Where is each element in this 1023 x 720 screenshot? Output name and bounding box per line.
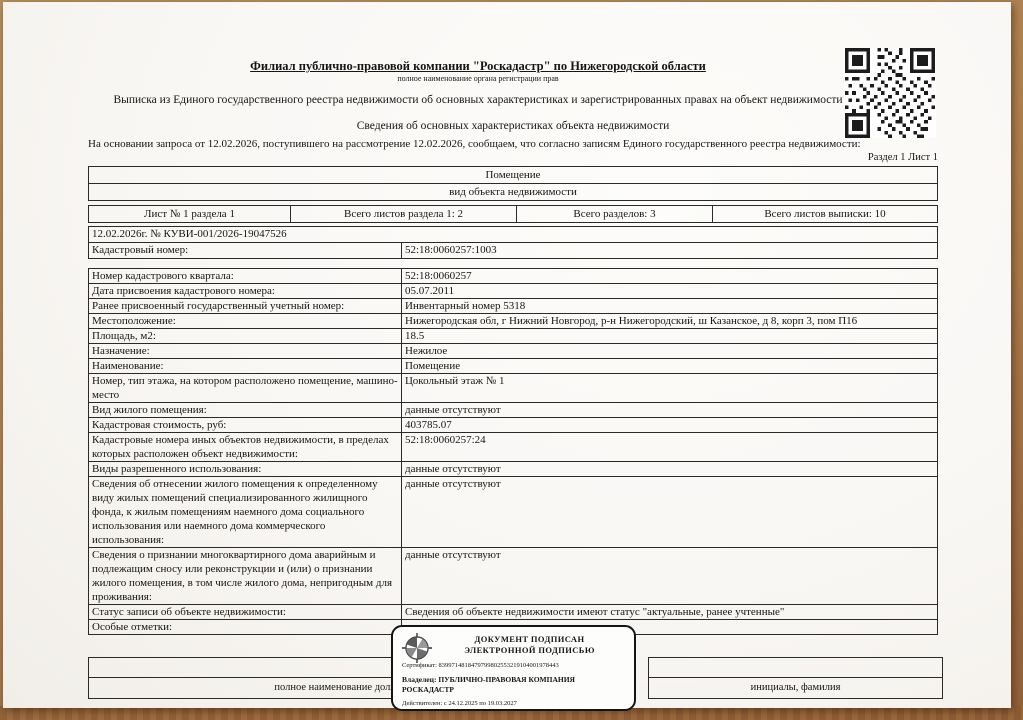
sheets-table: Лист № 1 раздела 1 Всего листов раздела … (88, 205, 938, 223)
total-sections-cell: Всего разделов: 3 (517, 206, 713, 223)
row-label: Сведения о признании многоквартирного до… (89, 548, 402, 605)
table-row: Назначение:Нежилое (89, 344, 938, 359)
characteristics-table: Номер кадастрового квартала:52:18:006025… (88, 268, 938, 635)
table-row: Сведения о признании многоквартирного до… (89, 548, 938, 605)
signature-area: полное наименование должности инициалы, … (88, 657, 938, 720)
row-value: Инвентарный номер 5318 (402, 299, 938, 314)
stamp-validity: Действителен: с 24.12.2025 по 19.03.2027 (402, 699, 625, 708)
table-row: Номер, тип этажа, на котором расположено… (89, 374, 938, 403)
roskadastr-logo-icon (402, 633, 432, 663)
row-label: Статус записи об объекте недвижимости: (89, 605, 402, 620)
table-row: Кадастровые номера иных объектов недвижи… (89, 433, 938, 462)
table-row: Площадь, м2:18.5 (89, 329, 938, 344)
row-label: Дата присвоения кадастрового номера: (89, 284, 402, 299)
row-label: Ранее присвоенный государственный учетны… (89, 299, 402, 314)
qr-code (844, 48, 936, 138)
section-sheets-cell: Всего листов раздела 1: 2 (291, 206, 517, 223)
table-row: Местоположение:Нижегородская обл, г Нижн… (89, 314, 938, 329)
table-row: Виды разрешенного использования:данные о… (89, 462, 938, 477)
row-label: Наименование: (89, 359, 402, 374)
org-title: Филиал публично-правовой компании "Роска… (88, 59, 868, 74)
row-value: Цокольный этаж № 1 (402, 374, 938, 403)
stamp-title-line2: ЭЛЕКТРОННОЙ ПОДПИСЬЮ (434, 645, 625, 656)
basis-line: На основании запроса от 12.02.2026, пост… (88, 138, 938, 151)
table-row: Вид жилого помещения:данные отсутствуют (89, 403, 938, 418)
table-row: Номер кадастрового квартала:52:18:006025… (89, 269, 938, 284)
row-label: Виды разрешенного использования: (89, 462, 402, 477)
row-value: Нежилое (402, 344, 938, 359)
qr-code-graphic (844, 48, 936, 138)
section-title: Сведения об основных характеристиках объ… (88, 120, 938, 133)
stamp-owner: Владелец: ПУБЛИЧНО-ПРАВОВАЯ КОМПАНИЯ РОС… (402, 675, 580, 694)
row-value: данные отсутствуют (402, 403, 938, 418)
section-sheet-label: Раздел 1 Лист 1 (88, 152, 938, 164)
row-label: Особые отметки: (89, 620, 402, 635)
name-signature-box: инициалы, фамилия (648, 657, 943, 699)
name-caption: инициалы, фамилия (649, 678, 942, 698)
document-page: Филиал публично-правовой компании "Роска… (3, 2, 1011, 708)
digital-signature-stamp: ДОКУМЕНТ ПОДПИСАН ЭЛЕКТРОННОЙ ПОДПИСЬЮ С… (391, 625, 636, 711)
row-value: 18.5 (402, 329, 938, 344)
row-value: 52:18:0060257 (402, 269, 938, 284)
cadastral-number-value: 52:18:0060257:1003 (402, 243, 938, 259)
table-row: Наименование:Помещение (89, 359, 938, 374)
row-label: Назначение: (89, 344, 402, 359)
row-label: Вид жилого помещения: (89, 403, 402, 418)
org-subtitle: полное наименование органа регистрации п… (88, 74, 868, 83)
table-row: Статус записи об объекте недвижимости:Св… (89, 605, 938, 620)
row-label: Кадастровая стоимость, руб: (89, 418, 402, 433)
scan-background: Филиал публично-правовой компании "Роска… (0, 0, 1023, 720)
table-row: Ранее присвоенный государственный учетны… (89, 299, 938, 314)
row-label: Площадь, м2: (89, 329, 402, 344)
object-type-table: Помещение вид объекта недвижимости (88, 166, 938, 201)
name-signature-line (649, 658, 942, 678)
row-value: данные отсутствуют (402, 548, 938, 605)
object-type-caption: вид объекта недвижимости (89, 184, 938, 201)
row-value: 52:18:0060257:24 (402, 433, 938, 462)
row-label: Местоположение: (89, 314, 402, 329)
stamp-title-line1: ДОКУМЕНТ ПОДПИСАН (434, 634, 625, 645)
row-value: Нижегородская обл, г Нижний Новгород, р-… (402, 314, 938, 329)
row-value: данные отсутствуют (402, 462, 938, 477)
table-row: Сведения об отнесении жилого помещения к… (89, 477, 938, 548)
total-sheets-cell: Всего листов выписки: 10 (713, 206, 938, 223)
row-label: Номер, тип этажа, на котором расположено… (89, 374, 402, 403)
row-label: Сведения об отнесении жилого помещения к… (89, 477, 402, 548)
sheet-number-cell: Лист № 1 раздела 1 (89, 206, 291, 223)
table-row: Дата присвоения кадастрового номера:05.0… (89, 284, 938, 299)
table-row: Кадастровая стоимость, руб:403785.07 (89, 418, 938, 433)
request-date-number: 12.02.2026г. № КУВИ-001/2026-19047526 (89, 227, 938, 243)
row-value: 403785.07 (402, 418, 938, 433)
object-type-value: Помещение (89, 167, 938, 184)
request-table: 12.02.2026г. № КУВИ-001/2026-19047526 Ка… (88, 226, 938, 259)
row-value: данные отсутствуют (402, 477, 938, 548)
row-value: Сведения об объекте недвижимости имеют с… (402, 605, 938, 620)
row-label: Кадастровые номера иных объектов недвижи… (89, 433, 402, 462)
row-label: Номер кадастрового квартала: (89, 269, 402, 284)
row-value: 05.07.2011 (402, 284, 938, 299)
cadastral-number-label: Кадастровый номер: (89, 243, 402, 259)
stamp-certificate: Сертификат: 8399714818479799802553219104… (402, 661, 625, 670)
document-title: Выписка из Единого государственного реес… (88, 94, 868, 107)
row-value: Помещение (402, 359, 938, 374)
